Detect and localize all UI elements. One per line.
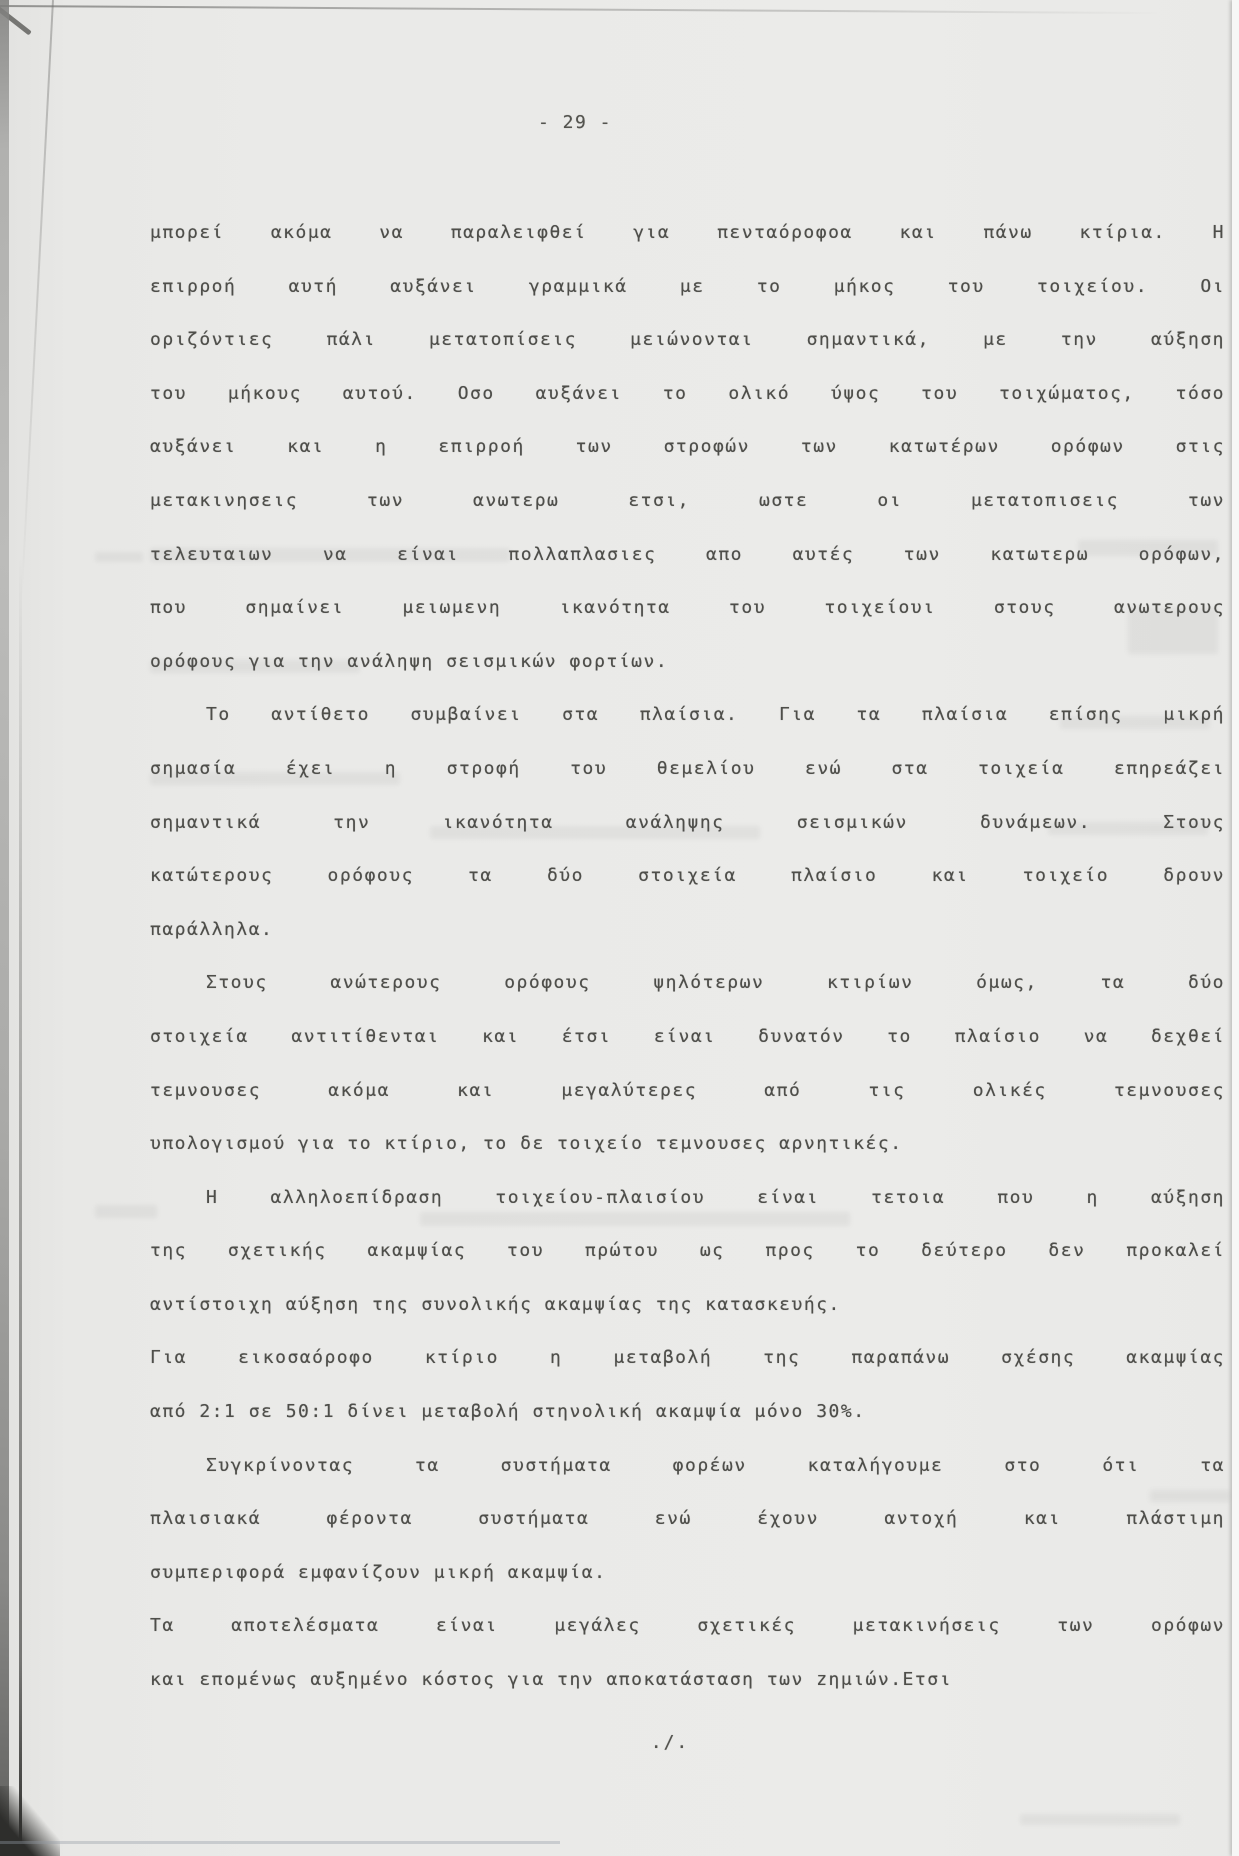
- text-line: που σημαίνει μειωμενη ικανότητα του τοιχ…: [150, 581, 1225, 635]
- bleed-through-artifact: [95, 1205, 157, 1218]
- text-line: από 2:1 σε 50:1 δίνει μεταβολή στηνολική…: [150, 1385, 1225, 1439]
- scan-root: { "document": { "page_number": "- 29 -",…: [0, 0, 1239, 1856]
- text-line: υπολογισμού για το κτίριο, το δε τοιχείο…: [150, 1117, 1225, 1171]
- top-edge-line: [0, 5, 1160, 14]
- page-edge-line-lower: [19, 557, 22, 1856]
- bleed-through-artifact: [150, 548, 510, 562]
- text-line: Τα αποτελέσματα είναι μεγάλες σχετικές μ…: [150, 1599, 1225, 1653]
- bleed-through-artifact: [95, 552, 143, 562]
- bleed-through-artifact: [1048, 822, 1208, 835]
- text-line: και επομένως αυξημένο κόστος για την απο…: [150, 1653, 1225, 1707]
- text-line: στοιχεία αντιτίθενται και έτσι είναι δυν…: [150, 1010, 1225, 1064]
- text-line: της σχετικής ακαμψίας του πρώτου ως προς…: [150, 1224, 1225, 1278]
- text-line: σημασία έχει η στροφή του θεμελίου ενώ σ…: [150, 742, 1225, 796]
- bleed-through-artifact: [1060, 716, 1210, 729]
- page-number: - 29 -: [0, 112, 1150, 133]
- paper-sheet: - 29 - μπορεί ακόμα να παραλειφθεί για π…: [0, 0, 1239, 1856]
- text-line: παράλληλα.: [150, 903, 1225, 957]
- text-line: οριζόντιες πάλι μετατοπίσεις μειώνονται …: [150, 313, 1225, 367]
- text-line: μπορεί ακόμα να παραλειφθεί για πενταόρο…: [150, 206, 1225, 260]
- bleed-through-artifact: [150, 772, 400, 785]
- bleed-through-artifact: [1128, 608, 1218, 654]
- bleed-through-artifact: [1020, 1814, 1180, 1825]
- text-line: Στους ανώτερους ορόφους ψηλότερων κτιρίω…: [150, 956, 1225, 1010]
- text-line: αυξάνει και η επιρροή των στροφών των κα…: [150, 420, 1225, 474]
- bleed-through-artifact: [430, 826, 760, 839]
- text-line: Για εικοσαόροφο κτίριο η μεταβολή της πα…: [150, 1331, 1225, 1385]
- bottom-edge-line: [0, 1841, 560, 1844]
- text-line: μετακινησεις των ανωτερω ετσι, ωστε οι μ…: [150, 474, 1225, 528]
- text-line: συμπεριφορά εμφανίζουν μικρή ακαμψία.: [150, 1546, 1225, 1600]
- bleed-through-artifact: [1150, 1490, 1230, 1502]
- binding-shadow: [0, 0, 9, 1856]
- text-line: επιρροή αυτή αυξάνει γραμμικά με το μήκο…: [150, 260, 1225, 314]
- text-line: τεμνουσες ακόμα και μεγαλύτερες από τις …: [150, 1064, 1225, 1118]
- bottom-left-shadow: [0, 1786, 60, 1856]
- continuation-mark: ./.: [100, 1716, 1239, 1770]
- text-line: του μήκους αυτού. Οσο αυξάνει το ολικό ύ…: [150, 367, 1225, 421]
- text-line: κατώτερους ορόφους τα δύο στοιχεία πλαίσ…: [150, 849, 1225, 903]
- document-body: μπορεί ακόμα να παραλειφθεί για πενταόρο…: [150, 206, 1225, 1707]
- text-line: αντίστοιχη αύξηση της συνολικής ακαμψίας…: [150, 1278, 1225, 1332]
- page-edge-line-upper: [21, 0, 54, 599]
- bleed-through-artifact: [150, 660, 360, 673]
- right-paper-edge: [1232, 0, 1239, 1856]
- text-line: Συγκρίνοντας τα συστήματα φορέων καταλήγ…: [150, 1439, 1225, 1493]
- bleed-through-artifact: [1078, 540, 1218, 556]
- bleed-through-artifact: [420, 1212, 850, 1226]
- text-line: πλαισιακά φέροντα συστήματα ενώ έχουν αν…: [150, 1492, 1225, 1546]
